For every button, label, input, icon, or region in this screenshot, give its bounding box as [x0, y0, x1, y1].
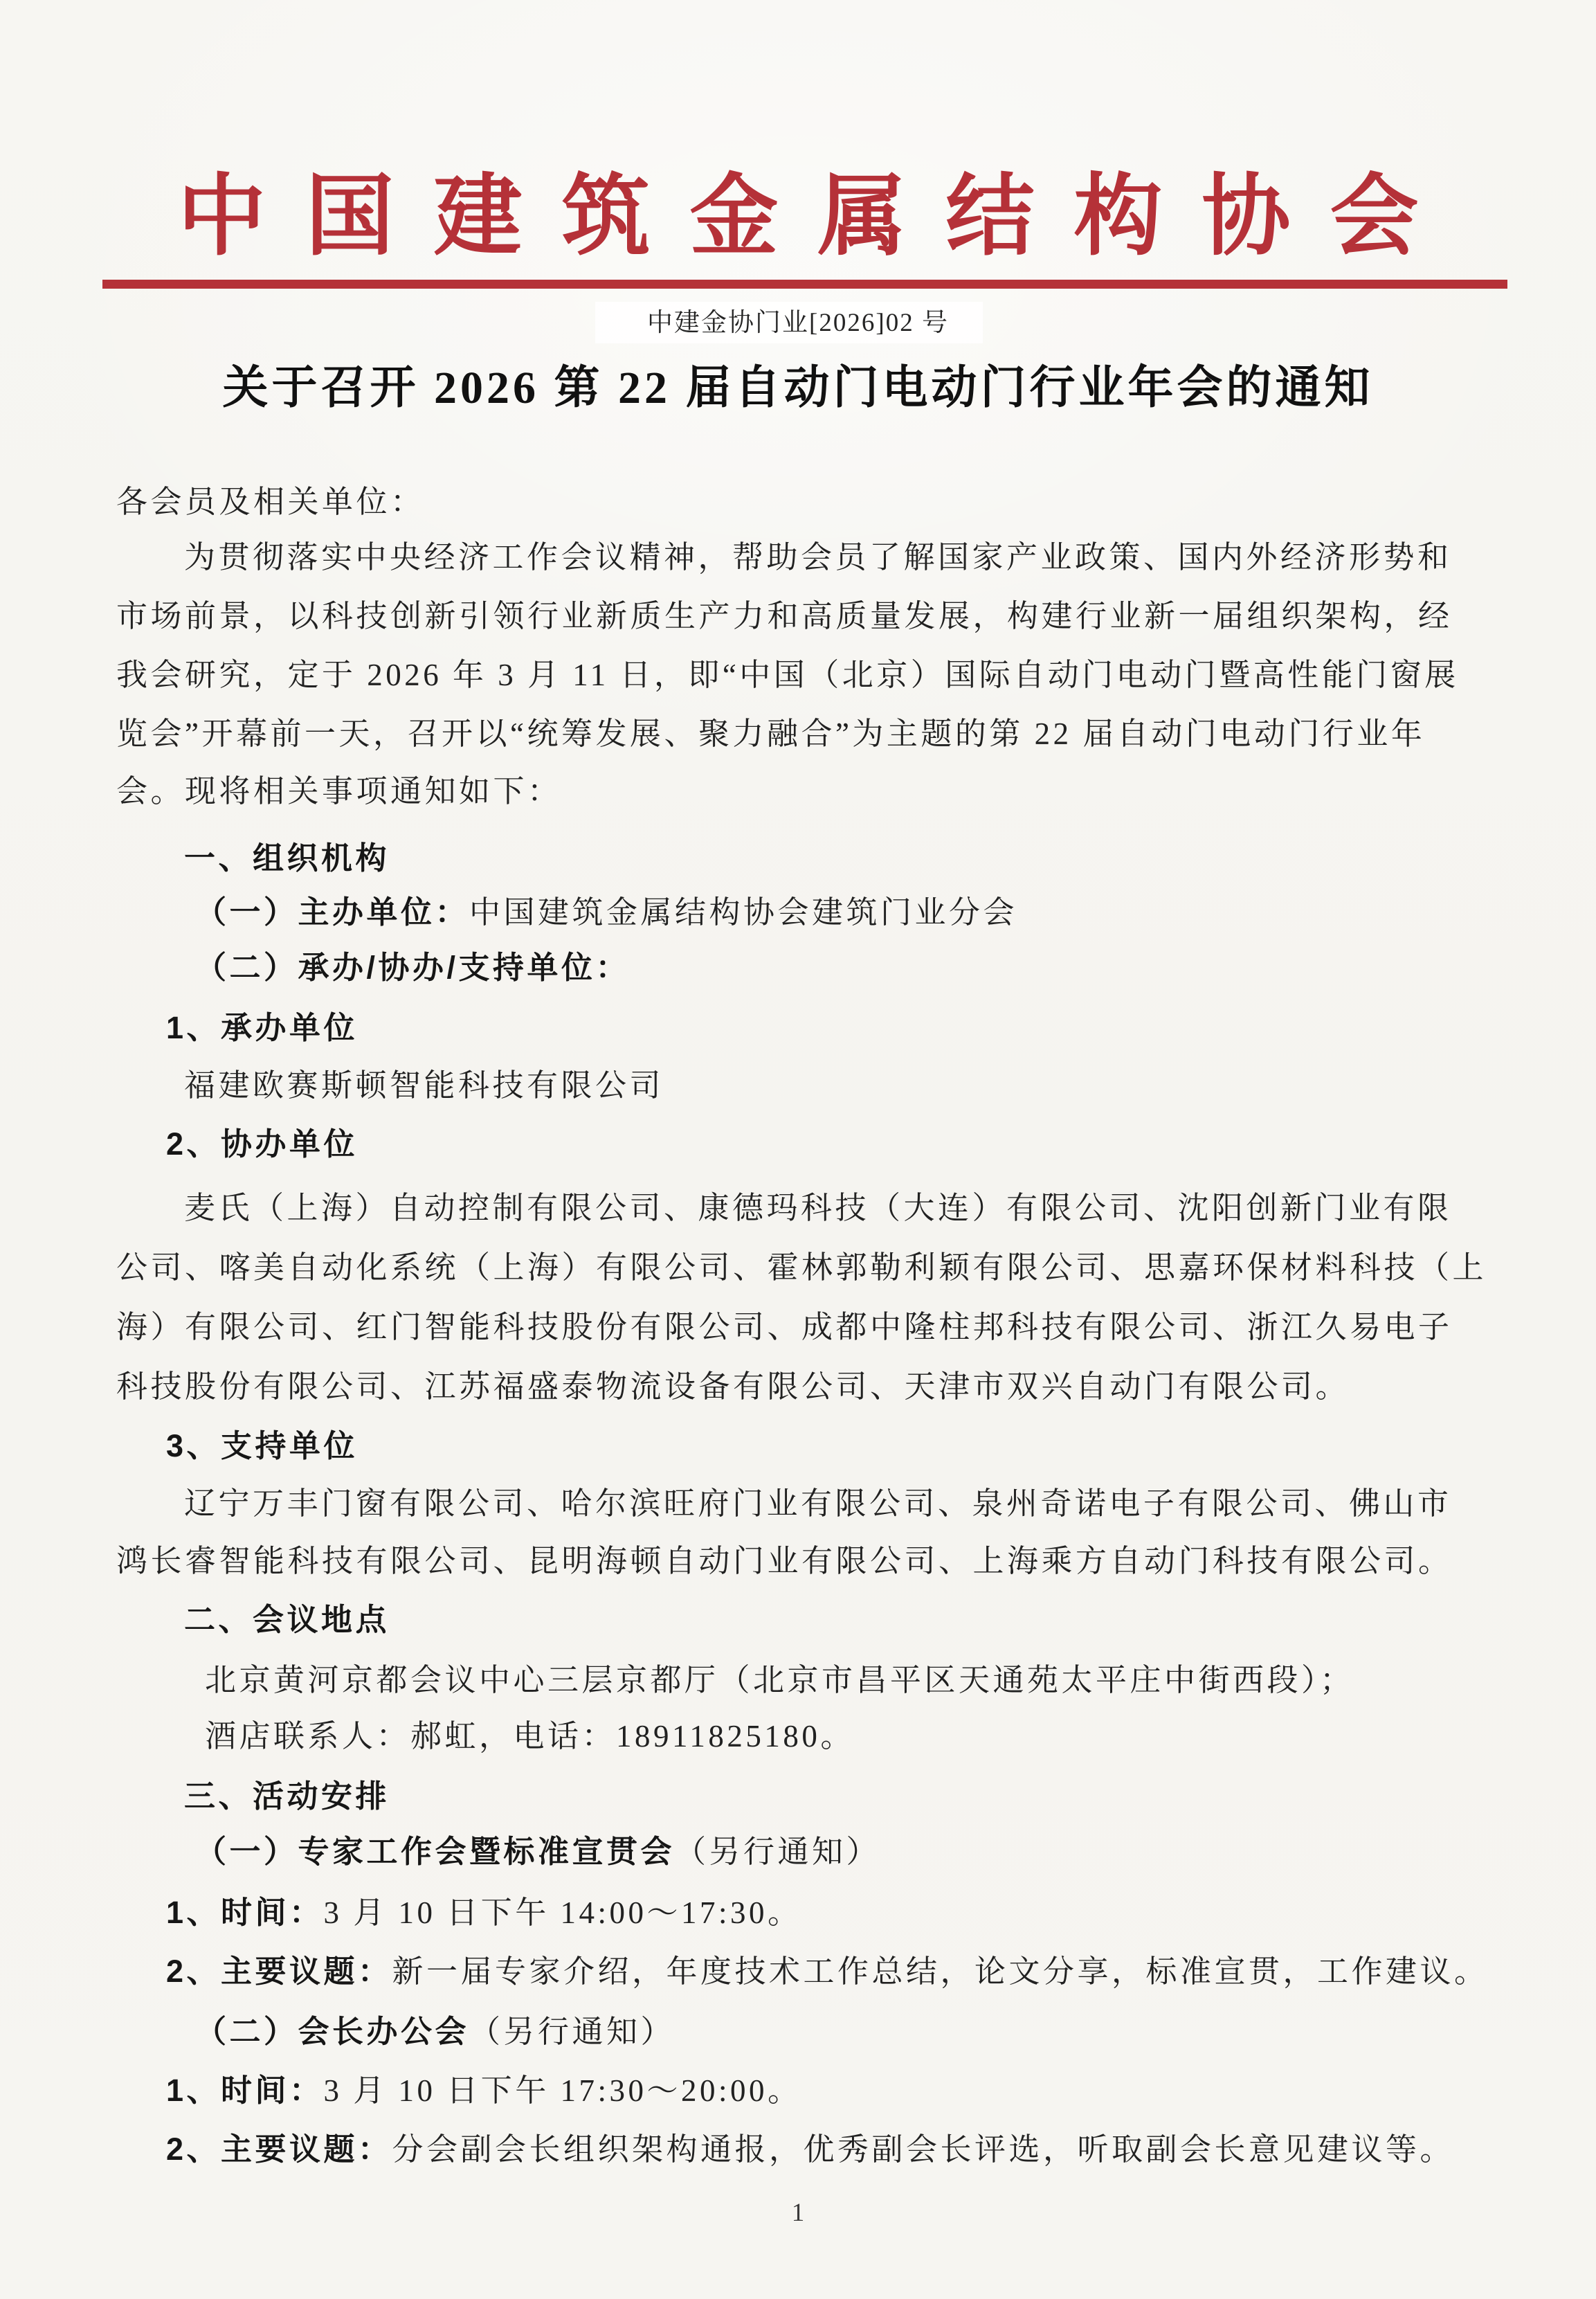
- section-3-heading: 三、活动安排: [184, 1778, 390, 1814]
- document-number: 中建金协门业[2026]02 号: [0, 309, 1596, 338]
- activity-2-heading: （二）会长办公会（另行通知）: [195, 2014, 675, 2050]
- supporter-companies-line: 鸿长睿智能科技有限公司、昆明海顿自动门业有限公司、上海乘方自动门科技有限公司。: [116, 1543, 1453, 1579]
- host-unit-label: （一）主办单位：: [195, 894, 469, 930]
- venue-line: 北京黄河京都会议中心三层京都厅（北京市昌平区天通苑太平庄中街西段）；: [205, 1662, 1354, 1698]
- activity-1-topics-line: 2、主要议题：新一届专家介绍，年度技术工作总结，论文分享，标准宣贯，工作建议。: [166, 1954, 1489, 1990]
- topics-label: 2、主要议题：: [166, 2131, 392, 2167]
- letterhead-divider: [102, 280, 1507, 289]
- coorganizer-companies-line: 科技股份有限公司、江苏福盛泰物流设备有限公司、天津市双兴自动门有限公司。: [116, 1369, 1350, 1405]
- intro-paragraph-line: 我会研究，定于 2026 年 3 月 11 日，即“中国（北京）国际自动门电动门…: [116, 657, 1459, 693]
- coorganizer-companies-line: 麦氏（上海）自动控制有限公司、康德玛科技（大连）有限公司、沈阳创新门业有限: [184, 1190, 1452, 1226]
- activity-1-note: （另行通知）: [675, 1834, 880, 1869]
- item-supporter-heading: 3、支持单位: [166, 1428, 358, 1464]
- intro-paragraph-line: 会。现将相关事项通知如下：: [116, 773, 562, 809]
- hotel-contact-line: 酒店联系人：郝虹，电话：18911825180。: [205, 1718, 855, 1754]
- time-value: 3 月 10 日下午 14:00～17:30。: [324, 1895, 802, 1930]
- topics-value: 分会副会长组织架构通报，优秀副会长评选，听取副会长意见建议等。: [392, 2132, 1455, 2167]
- activity-1-time-line: 1、时间：3 月 10 日下午 14:00～17:30。: [166, 1895, 802, 1931]
- section-2-heading: 二、会议地点: [184, 1602, 390, 1638]
- time-value: 3 月 10 日下午 17:30～20:00。: [324, 2073, 802, 2108]
- activity-2-topics-line: 2、主要议题：分会副会长组织架构通报，优秀副会长评选，听取副会长意见建议等。: [166, 2131, 1454, 2167]
- topics-label: 2、主要议题：: [166, 1954, 392, 1989]
- activity-1-title: （一）专家工作会暨标准宣贯会: [195, 1834, 675, 1869]
- host-unit-value: 中国建筑金属结构协会建筑门业分会: [469, 895, 1017, 930]
- time-label: 1、时间：: [166, 1895, 324, 1930]
- supporter-companies-line: 辽宁万丰门窗有限公司、哈尔滨旺府门业有限公司、泉州奇诺电子有限公司、佛山市: [184, 1486, 1452, 1522]
- page-number: 1: [0, 2199, 1596, 2228]
- item-undertaker-heading: 1、承办单位: [166, 1010, 358, 1046]
- activity-2-time-line: 1、时间：3 月 10 日下午 17:30～20:00。: [166, 2073, 802, 2109]
- activity-2-title: （二）会长办公会: [195, 2014, 469, 2049]
- activity-2-note: （另行通知）: [469, 2014, 675, 2049]
- notice-title: 关于召开 2026 第 22 届自动门电动门行业年会的通知: [0, 363, 1596, 414]
- activity-1-heading: （一）专家工作会暨标准宣贯会（另行通知）: [195, 1834, 880, 1870]
- item-coorganizer-heading: 2、协办单位: [166, 1126, 358, 1162]
- section-1-heading: 一、组织机构: [184, 840, 390, 876]
- time-label: 1、时间：: [166, 2073, 324, 2108]
- intro-paragraph-line: 为贯彻落实中央经济工作会议精神，帮助会员了解国家产业政策、国内外经济形势和: [184, 539, 1452, 575]
- intro-paragraph-line: 览会”开幕前一天，召开以“统筹发展、聚力融合”为主题的第 22 届自动门电动门行…: [116, 716, 1425, 752]
- coorganizer-companies-line: 海）有限公司、红门智能科技股份有限公司、成都中隆柱邦科技有限公司、浙江久易电子: [116, 1309, 1453, 1345]
- undertaker-company-line: 福建欧赛斯顿智能科技有限公司: [184, 1067, 664, 1103]
- host-unit-line: （一）主办单位：中国建筑金属结构协会建筑门业分会: [195, 894, 1017, 930]
- topics-value: 新一届专家介绍，年度技术工作总结，论文分享，标准宣贯，工作建议。: [392, 1954, 1489, 1989]
- document-page: 中国建筑金属结构协会 中建金协门业[2026]02 号 关于召开 2026 第 …: [0, 0, 1596, 2299]
- intro-paragraph-line: 市场前景，以科技创新引领行业新质生产力和高质量发展，构建行业新一届组织架构，经: [116, 598, 1453, 634]
- sub-heading-unit-types: （二）承办/协办/支持单位：: [195, 950, 630, 986]
- letterhead-org-name: 中国建筑金属结构协会: [0, 170, 1596, 263]
- salutation-line: 各会员及相关单位：: [116, 484, 425, 520]
- coorganizer-companies-line: 公司、喀美自动化系统（上海）有限公司、霍林郭勒利颖有限公司、思嘉环保材料科技（上: [116, 1250, 1487, 1286]
